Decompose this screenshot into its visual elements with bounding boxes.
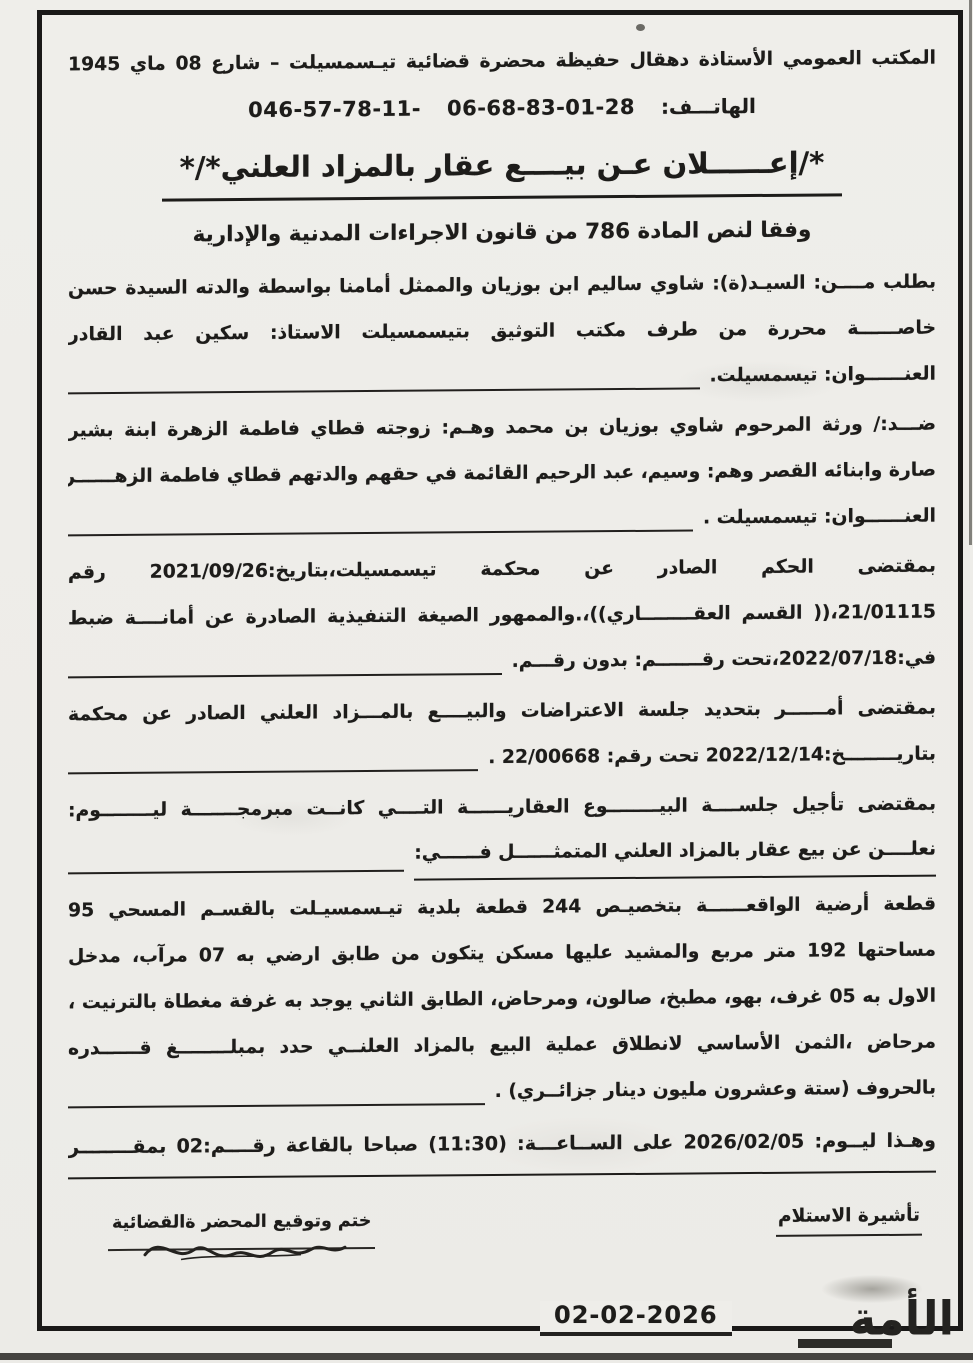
document-content: المكتب العمومي الأستاذة دهقال حفيظة محضر…: [42, 11, 958, 1299]
stamp-signature-block: ختم وتوقيع المحضر ةالقضائية: [108, 1205, 375, 1251]
legal-basis-line: وفقا لنص المادة 786 من قانون الاجراءات ا…: [68, 204, 936, 263]
request-line-1: بطلب مــــن: السيـد(ة): شاوي ساليم ابن ب…: [68, 260, 936, 313]
property-line-5: بالحروف (ستة وعشرون مليون دينار جزائــري…: [495, 1066, 936, 1115]
receipt-visa-block: تأشيرة الاستلام: [776, 1201, 922, 1237]
property-line-4: مرحاض ،الثمن الأساسي لانطلاق عملية البيع…: [68, 1020, 936, 1073]
announcement-line: نعلــــن عن بيع عقار بالمزاد العلني المت…: [414, 832, 936, 881]
order-line-1: بمقتضى أمــــــر بتحديد جلسة الاعتراضات …: [68, 686, 936, 739]
against-address-line: العنــــــوان: تيسمسيلت .: [68, 494, 936, 547]
announcement-title: */إعــــــلان عـن بيــــع عقار بالمزاد ا…: [68, 138, 936, 209]
request-section: بطلب مــــن: السيـد(ة): شاوي ساليم ابن ب…: [68, 260, 936, 405]
postponement-line: بمقتضى تأجيل جلســــة البيــــــــوع الع…: [68, 782, 936, 835]
judgment-line-3: في:2022/07/18،تحت رقـــــــم: بدون رقـــ…: [512, 636, 936, 685]
property-line-2: مساحتها 192 متر مربع والمشيد عليها مسكن …: [68, 928, 936, 981]
request-line-2: خاصــــــة محررة من طرف مكتب التوثيق بتي…: [68, 306, 936, 359]
fill-rule: [68, 870, 404, 875]
request-address-line: العنــــــوان: تيسمسيلت.: [68, 352, 936, 405]
fill-rule: [68, 1103, 485, 1108]
newspaper-logo: الأمة: [788, 1283, 956, 1345]
scanned-page: المكتب العمومي الأستاذة دهقال حفيظة محضر…: [0, 0, 973, 1363]
phone-number-landline: 046-57-78-11-: [248, 86, 421, 133]
against-section: ضـــد:/ ورثة المرحوم شاوي بوزيان بن محمد…: [68, 402, 936, 547]
title-suffix-marks: */*: [180, 150, 221, 184]
logo-tagline-bar: [798, 1339, 892, 1348]
order-line-2: بتاريــــــــخ:2022/12/14 تحت رقم: 22/00…: [488, 732, 936, 782]
property-line-3: الاول به 05 غرف، بهو، مطبخ، صالون، ومرحا…: [68, 974, 936, 1027]
receipt-visa-label: تأشيرة الاستلام: [776, 1205, 922, 1237]
request-address: العنــــــوان: تيسمسيلت.: [710, 352, 936, 400]
against-address: العنــــــوان: تيسمسيلت .: [703, 494, 936, 542]
title-main-text: إعــــــلان عـن بيــــع عقار بالمزاد الع…: [221, 146, 799, 185]
order-section: بمقتضى أمــــــر بتحديد جلسة الاعتراضات …: [68, 686, 936, 785]
fill-rule: [68, 529, 693, 536]
announcement-title-text: */إعــــــلان عـن بيــــع عقار بالمزاد ا…: [162, 138, 843, 201]
fill-rule: [68, 387, 700, 394]
property-section: قطعة أرضية الواقعــــــة بتخصيـص 244 قطع…: [68, 882, 936, 1119]
against-line-2: صارة وابنائه القصر وهم: وسيم، عبد الرحيم…: [68, 448, 936, 501]
phone-label: الهاتـــف:: [661, 83, 756, 130]
handwritten-signature: [141, 1227, 351, 1265]
judgment-line-2: 21/01115،(( القسم العقــــــــاري))،.وال…: [68, 590, 936, 643]
postponement-section: بمقتضى تأجيل جلســــة البيــــــــوع الع…: [68, 782, 936, 835]
fill-rule: [68, 769, 478, 774]
judgment-section: بمقتضى الحكم الصادر عن محكمة تيسمسيلت،بت…: [68, 544, 936, 689]
announcement-section: نعلــــن عن بيع عقار بالمزاد العلني المت…: [68, 832, 936, 885]
judgment-line-3-row: في:2022/07/18،تحت رقـــــــم: بدون رقـــ…: [68, 636, 936, 689]
property-line-1: قطعة أرضية الواقعــــــة بتخصيـص 244 قطع…: [68, 882, 936, 935]
phone-row: الهاتـــف: 06-68-83-01-28 046-57-78-11-: [68, 82, 936, 135]
property-line-5-row: بالحروف (ستة وعشرون مليون دينار جزائــري…: [68, 1066, 936, 1119]
office-header-line: المكتب العمومي الأستاذة دهقال حفيظة محضر…: [68, 36, 936, 89]
session-date-line: وهـذا ليــوم: 2026/02/05 على الســاعـــة…: [68, 1118, 936, 1180]
document-border-frame: المكتب العمومي الأستاذة دهقال حفيظة محضر…: [37, 10, 963, 1331]
scan-edge-right: [969, 0, 972, 545]
title-prefix-marks: */: [799, 145, 825, 179]
judgment-line-1: بمقتضى الحكم الصادر عن محكمة تيسمسيلت،بت…: [68, 544, 936, 597]
fill-rule: [68, 673, 502, 678]
scan-edge-bottom: [0, 1353, 973, 1360]
phone-number-mobile: 06-68-83-01-28: [447, 84, 635, 131]
against-line-2-row: صارة وابنائه القصر وهم: وسيم، عبد الرحيم…: [68, 448, 936, 501]
newspaper-logo-text: الأمة: [850, 1295, 954, 1342]
publication-date: 02-02-2026: [540, 1301, 732, 1336]
order-line-2-row: بتاريــــــــخ:2022/12/14 تحت رقم: 22/00…: [68, 732, 936, 785]
against-line-1: ضـــد:/ ورثة المرحوم شاوي بوزيان بن محمد…: [68, 402, 936, 455]
